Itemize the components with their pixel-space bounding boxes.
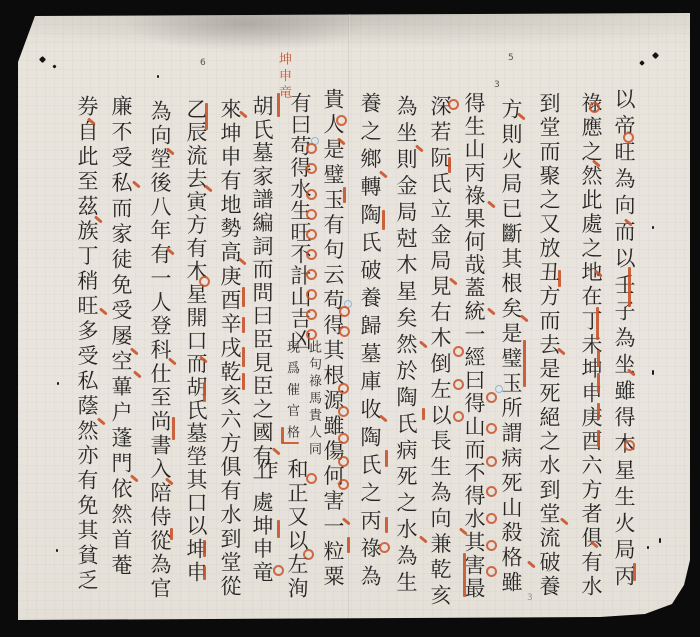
- page-number-right: 5: [508, 53, 514, 63]
- red-punctuation-mark: [628, 267, 631, 307]
- red-punctuation-mark: [486, 540, 497, 551]
- red-punctuation-mark: [597, 350, 600, 367]
- bottom-folio-number: 3: [527, 593, 533, 603]
- text-column-l7: 券自此至茲族丁稍旺多受私蔭然亦有免其貧乏: [72, 95, 102, 590]
- red-punctuation-mark: [306, 289, 317, 300]
- red-punctuation-mark: [486, 392, 497, 403]
- red-punctuation-mark: [597, 403, 600, 420]
- text-column-r2: 祿應之然此處之地在丁未坤申庚酉六方者俱有水: [576, 92, 606, 596]
- text-column-r6: 深若阮氏立金局見右木倒左以長生為向兼乾亥: [425, 95, 455, 605]
- red-punctuation-mark: [486, 456, 497, 467]
- text-column-r3: 到堂而聚之又放丑方而去是死絕之水到堂流破養: [534, 92, 564, 596]
- red-punctuation-mark: [306, 269, 317, 280]
- ink-speck: [56, 549, 58, 552]
- red-punctuation-mark: [589, 102, 600, 113]
- text-column-r5: 得生山丙祿果何哉蓋統一經曰得山而不得水其害最: [459, 92, 489, 598]
- red-punctuation-mark: [597, 430, 600, 447]
- red-punctuation-mark: [306, 143, 317, 154]
- red-punctuation-mark: [242, 347, 245, 367]
- red-punctuation-mark: [203, 566, 206, 580]
- red-punctuation-mark: [339, 326, 350, 337]
- interlinear-note-right: 此句祿馬貴人同: [305, 340, 321, 455]
- red-punctuation-mark: [277, 520, 280, 538]
- red-punctuation-mark: [448, 157, 451, 173]
- red-punctuation-mark: [558, 270, 561, 287]
- blue-punctuation-mark: [495, 385, 503, 393]
- folio-number: 3: [494, 80, 500, 90]
- red-punctuation-mark: [281, 427, 284, 443]
- red-punctuation-mark: [343, 187, 346, 203]
- red-punctuation-mark: [379, 542, 390, 553]
- red-punctuation-mark: [277, 93, 280, 117]
- text-column-l6: 廉不受私而家徒免受屡空蓽户蓬門依然首菴: [106, 95, 136, 575]
- red-punctuation-mark: [633, 563, 636, 581]
- red-punctuation-mark: [336, 115, 347, 126]
- text-column-r9: 貴人是璧玉有句云苟得其根源雖傷何害一粒粟: [318, 88, 348, 586]
- text-column-r8: 養之鄉轉陶氏破養歸墓庫收陶氏之丙祿為: [355, 92, 385, 586]
- red-punctuation-mark: [303, 549, 314, 560]
- text-column-l4: 乙辰流去寅方有木星開口而胡氏墓塋其口以坤申: [181, 98, 211, 582]
- red-punctuation-mark: [453, 379, 464, 390]
- red-punctuation-mark: [306, 249, 317, 260]
- ink-speck: [659, 538, 661, 543]
- red-punctuation-mark: [306, 473, 317, 484]
- red-punctuation-mark: [623, 132, 634, 143]
- red-punctuation-mark: [523, 340, 526, 387]
- ink-speck: [57, 382, 59, 385]
- ink-speck: [652, 370, 654, 375]
- red-punctuation-mark: [170, 528, 173, 540]
- red-punctuation-mark: [338, 433, 349, 444]
- red-punctuation-mark: [306, 209, 317, 220]
- red-punctuation-mark: [339, 306, 350, 317]
- red-punctuation-mark: [463, 553, 466, 597]
- red-punctuation-mark: [448, 99, 459, 110]
- red-punctuation-mark: [338, 383, 349, 394]
- red-punctuation-mark: [203, 382, 206, 402]
- text-column-l2: 胡氏墓家譜編詞而問曰臣見臣之國有一處坤申竜: [247, 95, 277, 582]
- red-punctuation-mark: [306, 163, 317, 174]
- page-number-left: 6: [200, 58, 206, 68]
- red-punctuation-mark: [597, 373, 600, 393]
- red-punctuation-mark: [273, 565, 284, 576]
- interlinear-note-left: 現爲催官格: [283, 340, 299, 438]
- red-punctuation-mark: [385, 517, 388, 533]
- red-punctuation-mark: [205, 103, 208, 130]
- red-punctuation-mark: [199, 276, 210, 287]
- text-column-l5: 為向塋後八年有一人登科仕至尚書入陪侍從為官: [145, 100, 175, 598]
- red-punctuation-mark: [242, 287, 245, 307]
- red-punctuation-mark: [486, 513, 497, 524]
- red-punctuation-mark: [422, 408, 425, 420]
- red-punctuation-mark: [306, 189, 317, 200]
- text-column-r1: 以帝旺為向而以壬子為坐雖得木星生火局丙: [609, 88, 639, 586]
- red-punctuation-mark: [486, 486, 497, 497]
- red-punctuation-mark: [486, 423, 497, 434]
- red-punctuation-mark: [453, 346, 464, 357]
- text-column-l3: 來坤申有地勢高庚酉辛戌乾亥六方俱有水到堂從: [215, 98, 245, 596]
- red-punctuation-mark: [203, 540, 206, 557]
- red-punctuation-mark: [486, 566, 497, 577]
- red-punctuation-mark: [624, 440, 635, 451]
- red-punctuation-mark: [385, 450, 388, 467]
- red-punctuation-mark: [338, 406, 349, 417]
- ink-speck: [157, 75, 159, 78]
- red-punctuation-mark: [306, 229, 317, 240]
- red-punctuation-mark: [306, 309, 317, 320]
- ink-speck: [647, 546, 649, 549]
- red-punctuation-mark: [242, 373, 245, 390]
- red-punctuation-mark: [382, 210, 385, 230]
- red-punctuation-mark: [242, 317, 245, 333]
- red-punctuation-mark: [338, 479, 349, 490]
- red-punctuation-mark: [306, 329, 317, 340]
- center-fold-line: [348, 14, 350, 618]
- red-punctuation-mark: [281, 442, 299, 444]
- red-punctuation-mark: [172, 417, 175, 440]
- red-punctuation-mark: [596, 307, 599, 340]
- ink-speck: [652, 226, 654, 229]
- red-punctuation-mark: [347, 537, 350, 553]
- red-punctuation-mark: [453, 411, 464, 422]
- text-column-r7: 為坐則金局尅木星矣然於陶氏病死之水為生: [391, 95, 421, 592]
- red-punctuation-mark: [338, 456, 349, 467]
- text-column-r4: 方則火局已斷其根矣是璧玉所謂病死山殺格雖: [496, 98, 526, 592]
